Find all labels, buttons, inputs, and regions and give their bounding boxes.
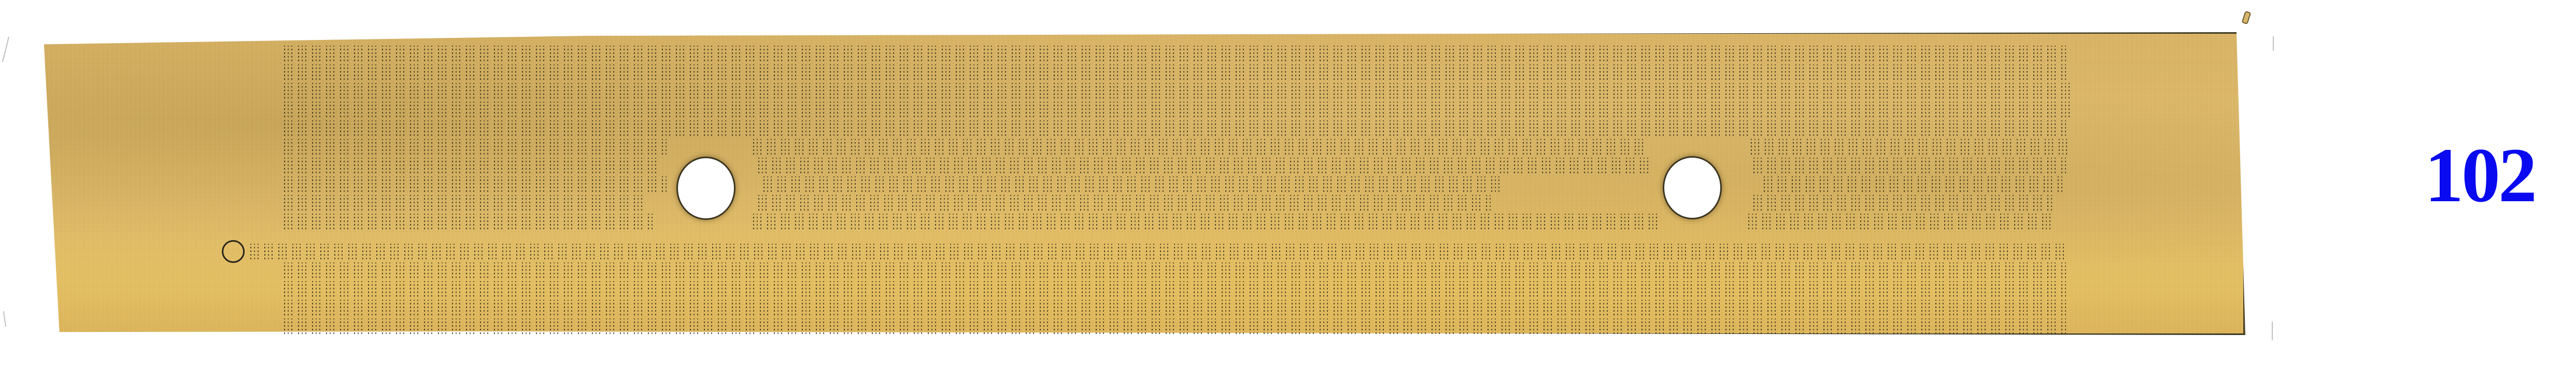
handwritten-text-segment: [282, 83, 2071, 99]
right-string-hole: [1664, 158, 1720, 218]
handwritten-text-segment: [282, 139, 669, 155]
scan-edge-mark-left-bottom: [3, 311, 6, 327]
handwritten-text-segment: [282, 176, 669, 192]
handwritten-text-segment: [282, 318, 2068, 334]
handwritten-text-segment: [757, 158, 1648, 173]
handwritten-text-segment: [1762, 176, 2063, 192]
handwritten-text-segment: [757, 195, 1493, 211]
scan-edge-mark-right-bottom: [2272, 322, 2273, 340]
manuscript-scan: 102: [0, 0, 2576, 376]
handwritten-text-segment: [249, 244, 2068, 259]
handwritten-text-segment: [282, 120, 2068, 136]
handwritten-text-segment: [1749, 139, 2068, 155]
handwritten-text-segment: [282, 102, 2073, 117]
handwritten-text-segment: [282, 300, 2068, 315]
folio-number: 102: [2425, 136, 2535, 214]
left-string-hole: [678, 158, 734, 218]
handwritten-text-segment: [282, 46, 2068, 61]
handwritten-text-segment: [282, 281, 2068, 297]
scan-edge-mark-left-top: [2, 37, 9, 62]
handwritten-text-segment: [282, 158, 658, 173]
handwritten-text-segment: [1747, 214, 2053, 229]
circled-margin-glyph: [222, 240, 245, 263]
handwritten-text-segment: [752, 214, 1659, 229]
leaf-corner-tab: [2242, 11, 2252, 25]
handwritten-text-segment: [282, 195, 648, 211]
handwritten-text-segment: [282, 214, 653, 229]
handwritten-text-segment: [1752, 158, 2068, 173]
handwritten-text-segment: [752, 139, 1643, 155]
handwritten-text-segment: [762, 176, 1503, 192]
handwritten-text-segment: [1752, 195, 2053, 211]
scan-edge-mark-right-top: [2273, 36, 2274, 51]
handwritten-text-segment: [282, 64, 2068, 80]
handwritten-text-segment: [282, 262, 2068, 278]
